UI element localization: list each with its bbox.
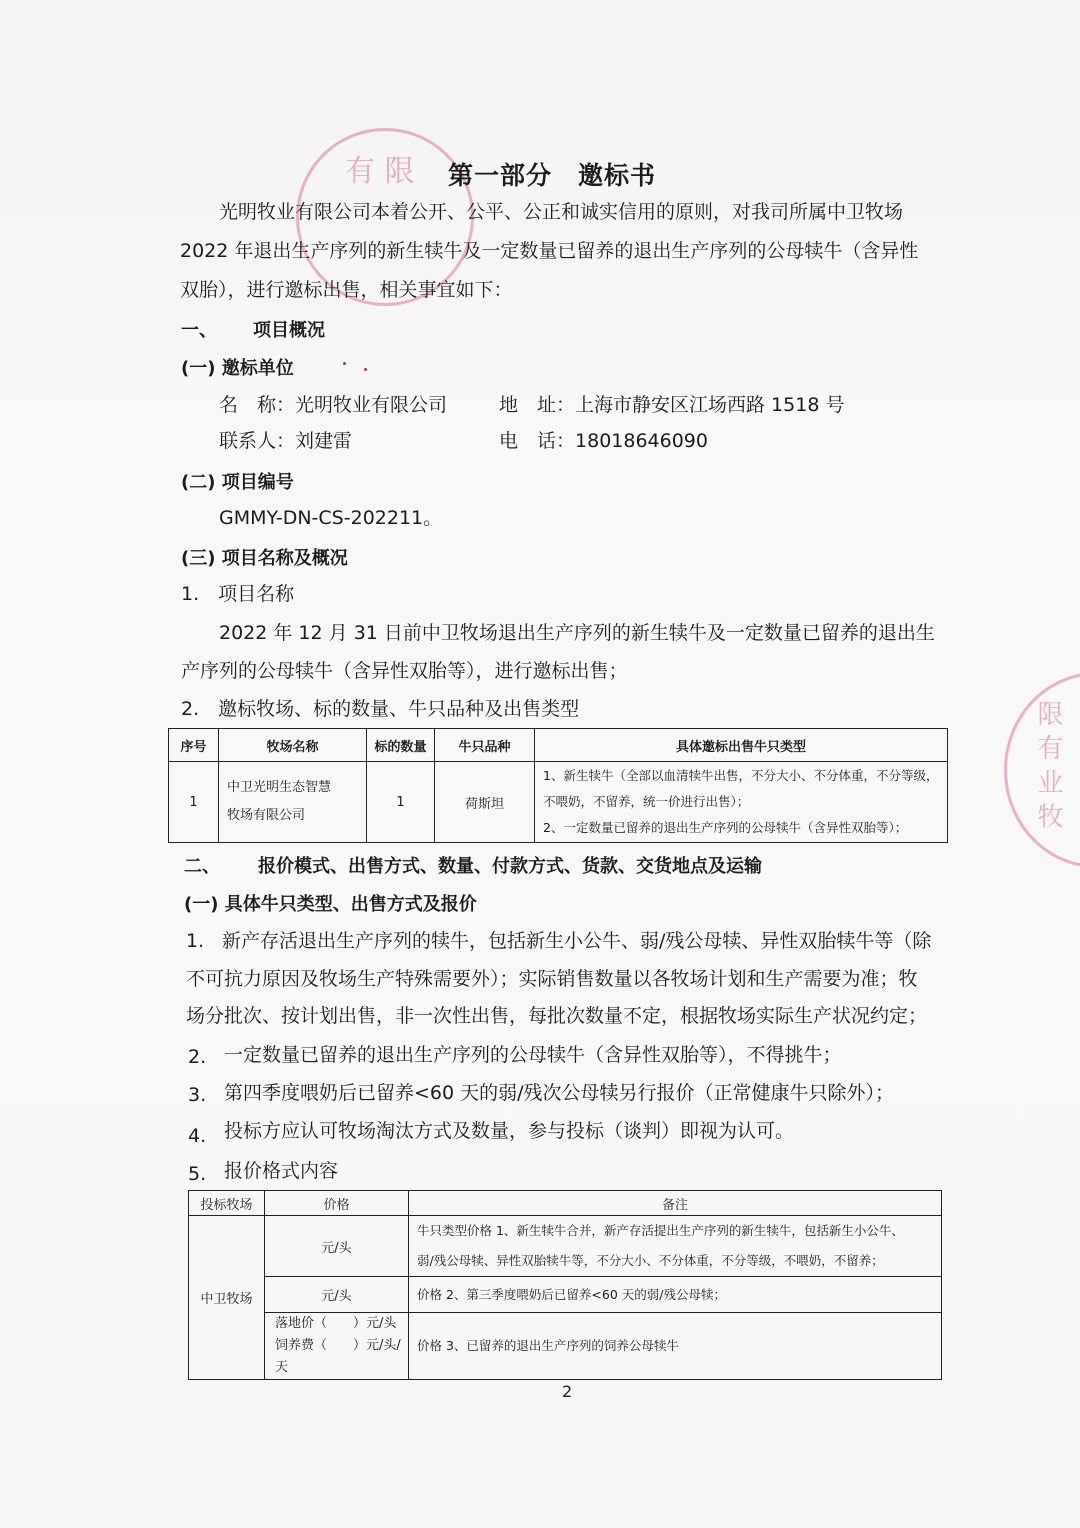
cell-types: 1、新生犊牛（全部以血清犊牛出售，不分大小、不分体重，不分等级， 不喂奶，不留养… [535, 762, 948, 843]
seal-text-right: 限 有 业 牧 [1030, 700, 1067, 829]
phone-label: 电 话： [499, 430, 575, 452]
col-header: 牧场名称 [219, 729, 367, 762]
table-row: 元/头 价格 2、第三季度喂奶后已留养<60 天的弱/残公母犊； [189, 1277, 942, 1313]
s2-item1-no: 1. [186, 922, 204, 960]
table-row: 中卫牧场 元/头 牛只类型价格 1、新生犊牛合并，新产存活提出生产序列的新生犊牛… [189, 1216, 942, 1277]
document-page: 有 限 限 有 业 牧 第一部分邀标书 光明牧业有限公司本着公开、公平、公正和诚… [0, 0, 1080, 1528]
type-line-2: 不喂奶，不留养，统一价进行出售）； [543, 789, 947, 815]
farm-name-line-1: 中卫光明生态智慧 [227, 774, 366, 802]
note-1-line-1: 牛只类型价格 1、新生犊牛合并，新产存活提出生产序列的新生犊牛，包括新生小公牛、 [417, 1216, 941, 1246]
cell-quantity: 1 [367, 762, 435, 843]
page-title: 第一部分邀标书 [448, 156, 656, 192]
address-label: 地 址： [499, 394, 575, 416]
seal-text-top: 有 限 [345, 146, 415, 190]
name-label: 名 称： [219, 394, 295, 416]
section2-number: 二、 [184, 852, 220, 878]
feeding-fee: 饲养费（ ）元/头/天 [275, 1335, 408, 1379]
type-line-1: 1、新生犊牛（全部以血清犊牛出售，不分大小、不分体重，不分等级， [543, 763, 947, 789]
s2-item4-no: 4. [188, 1117, 206, 1155]
s2-item1-line-3: 场分批次、按计划出售，非一次性出售，每批次数量不定，根据牧场实际生产状况约定； [186, 997, 927, 1035]
ink-dot [343, 362, 346, 365]
s2-item3-line: 第四季度喂奶后已留养<60 天的弱/残次公母犊另行报价（正常健康牛只除外）； [224, 1074, 894, 1112]
cell-price-1: 元/头 [265, 1216, 409, 1277]
intro-line-2: 2022 年退出生产序列的新生犊牛及一定数量已留养的退出生产序列的公母犊牛（含异… [180, 232, 918, 270]
phone-field: 电 话：18018646090 [499, 422, 708, 460]
page-number: 2 [562, 1382, 572, 1401]
sub3-heading: (三) 项目名称及概况 [181, 544, 348, 570]
section2-title: 报价模式、出售方式、数量、付款方式、货款、交货地点及运输 [258, 852, 762, 878]
section2-sub1-heading: (一) 具体牛只类型、出售方式及报价 [184, 890, 477, 916]
cell-farm: 中卫牧场 [189, 1216, 265, 1380]
s2-item2-line: 一定数量已留养的退出生产序列的公母犊牛（含异性双胎等），不得挑牛； [224, 1036, 842, 1074]
landing-price: 落地价（ ）元/头 [275, 1313, 408, 1335]
section1-title: 项目概况 [253, 316, 325, 342]
col-header: 投标牧场 [189, 1191, 265, 1216]
cell-price-3: 落地价（ ）元/头 饲养费（ ）元/头/天 [265, 1313, 409, 1380]
address-field: 地 址：上海市静安区江场西路 1518 号 [499, 386, 844, 424]
col-header: 牛只品种 [435, 729, 535, 762]
s2-item1-line-2: 不可抗力原因及牧场生产特殊需要外）；实际销售数量以各牧场计划和生产需要为准；牧 [186, 960, 918, 998]
address-value: 上海市静安区江场西路 1518 号 [575, 394, 844, 416]
col-header: 标的数量 [367, 729, 435, 762]
s2-item5-line: 报价格式内容 [224, 1152, 338, 1190]
table-header-row: 投标牧场 价格 备注 [189, 1191, 942, 1216]
cell-breed: 荷斯坦 [435, 762, 535, 843]
col-header: 备注 [409, 1191, 942, 1216]
table-row: 落地价（ ）元/头 饲养费（ ）元/头/天 价格 3、已留养的退出生产序列的饲养… [189, 1313, 942, 1380]
col-header: 价格 [265, 1191, 409, 1216]
cell-note-2: 价格 2、第三季度喂奶后已留养<60 天的弱/残公母犊； [409, 1277, 942, 1313]
s2-item2-no: 2. [188, 1038, 206, 1076]
cell-farm-name: 中卫光明生态智慧 牧场有限公司 [219, 762, 367, 843]
s2-item1-line-1: 新产存活退出生产序列的犊牛，包括新生小公牛、弱/残公母犊、异性双胎犊牛等（除 [222, 922, 931, 960]
col-header: 具体邀标出售牛只类型 [535, 729, 948, 762]
contact-label: 联系人： [219, 430, 295, 452]
note-1-line-2: 弱/残公母犊、异性双胎犊牛等，不分大小、不分体重，不分等级，不喂奶，不留养； [417, 1246, 941, 1276]
farm-table: 序号 牧场名称 标的数量 牛只品种 具体邀标出售牛只类型 1 中卫光明生态智慧 … [168, 728, 948, 843]
intro-line-3: 双胎），进行邀标出售，相关事宜如下： [180, 271, 513, 309]
table-row: 1 中卫光明生态智慧 牧场有限公司 1 荷斯坦 1、新生犊牛（全部以血清犊牛出售… [169, 762, 948, 843]
item1-label: 1. 项目名称 [181, 575, 294, 613]
intro-line-1: 光明牧业有限公司本着公开、公平、公正和诚实信用的原则，对我司所属中卫牧场 [219, 193, 903, 231]
farm-name-line-2: 牧场有限公司 [227, 802, 366, 830]
type-line-3: 2、一定数量已留养的退出生产序列的公母犊牛（含异性双胎等）； [543, 815, 947, 841]
s2-item3-no: 3. [188, 1076, 206, 1114]
col-header: 序号 [169, 729, 219, 762]
ink-dot [364, 368, 367, 371]
table-header-row: 序号 牧场名称 标的数量 牛只品种 具体邀标出售牛只类型 [169, 729, 948, 762]
contact-field: 联系人：刘建雷 [219, 422, 352, 460]
s2-item4-line: 投标方应认可牧场淘汰方式及数量，参与投标（谈判）即视为认可。 [224, 1112, 794, 1150]
cell-price-2: 元/头 [265, 1277, 409, 1313]
sub2-heading: (二) 项目编号 [181, 468, 294, 494]
cell-note-1: 牛只类型价格 1、新生犊牛合并，新产存活提出生产序列的新生犊牛，包括新生小公牛、… [409, 1216, 942, 1277]
section1-number: 一、 [181, 316, 217, 342]
project-code: GMMY-DN-CS-202211。 [219, 499, 442, 537]
phone-value: 18018646090 [575, 430, 708, 452]
price-table: 投标牧场 价格 备注 中卫牧场 元/头 牛只类型价格 1、新生犊牛合并，新产存活… [188, 1190, 942, 1380]
contact-value: 刘建雷 [295, 430, 352, 452]
cell-no: 1 [169, 762, 219, 843]
s2-item5-no: 5. [188, 1155, 206, 1193]
name-value: 光明牧业有限公司 [295, 394, 447, 416]
name-field: 名 称：光明牧业有限公司 [219, 386, 447, 424]
cell-note-3: 价格 3、已留养的退出生产序列的饲养公母犊牛 [409, 1313, 942, 1380]
title-name: 邀标书 [578, 161, 656, 190]
item1-line-2: 产序列的公母犊牛（含异性双胎等），进行邀标出售； [181, 652, 628, 690]
item2-label: 2. 邀标牧场、标的数量、牛只品种及出售类型 [181, 690, 579, 728]
sub1-heading: (一) 邀标单位 [181, 354, 294, 380]
title-part: 第一部分 [448, 161, 552, 190]
item1-line-1: 2022 年 12 月 31 日前中卫牧场退出生产序列的新生犊牛及一定数量已留养… [219, 614, 935, 652]
